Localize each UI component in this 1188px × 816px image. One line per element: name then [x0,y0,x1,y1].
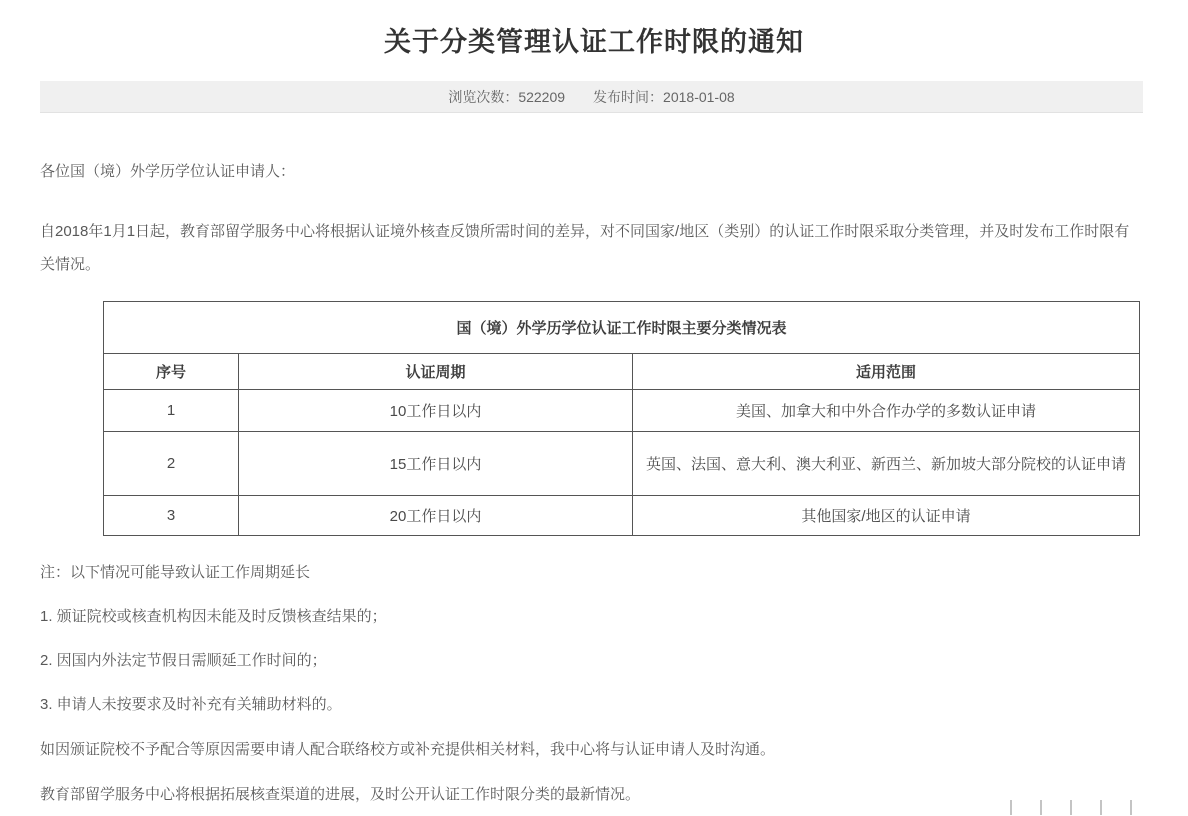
closing-paragraph-2: 教育部留学服务中心将根据拓展核查渠道的进展，及时公开认证工作时限分类的最新情况。 [40,784,1140,806]
salutation: 各位国（境）外学历学位认证申请人： [40,161,1140,183]
table-row: 1 10工作日以内 美国、加拿大和中外合作办学的多数认证申请 [104,390,1140,432]
cell-cycle: 20工作日以内 [239,496,633,536]
closing-paragraph-1: 如因颁证院校不予配合等原因需要申请人配合联络校方或补充提供相关材料，我中心将与认… [40,739,1140,761]
table-row: 2 15工作日以内 英国、法国、意大利、澳大利亚、新西兰、新加坡大部分院校的认证… [104,432,1140,496]
cutoff-tick [1040,800,1042,815]
cell-scope: 美国、加拿大和中外合作办学的多数认证申请 [633,390,1140,432]
meta-bar: 浏览次数：522209 发布时间：2018-01-08 [40,81,1143,113]
note-heading: 注：以下情况可能导致认证工作周期延长 [40,562,1140,584]
publish-date: 发布时间：2018-01-08 [593,87,735,107]
table-row: 3 20工作日以内 其他国家/地区的认证申请 [104,496,1140,536]
header-scope: 适用范围 [633,354,1140,390]
cell-cycle: 15工作日以内 [239,432,633,496]
cell-index: 2 [104,432,239,496]
note-item-3: 3. 申请人未按要求及时补充有关辅助材料的。 [40,694,1140,716]
cutoff-tick [1070,800,1072,815]
header-cycle: 认证周期 [239,354,633,390]
cutoff-tick [1010,800,1012,815]
cell-cycle: 10工作日以内 [239,390,633,432]
cutoff-tick [1100,800,1102,815]
note-item-1: 1. 颁证院校或核查机构因未能及时反馈核查结果的； [40,606,1140,628]
cell-scope: 英国、法国、意大利、澳大利亚、新西兰、新加坡大部分院校的认证申请 [633,432,1140,496]
cell-index: 1 [104,390,239,432]
table-caption-row: 国（境）外学历学位认证工作时限主要分类情况表 [104,302,1140,354]
header-index: 序号 [104,354,239,390]
note-item-2: 2. 因国内外法定节假日需顺延工作时间的； [40,650,1140,672]
cutoff-element-marks [1010,800,1132,816]
cutoff-tick [1130,800,1132,815]
intro-paragraph: 自2018年1月1日起，教育部留学服务中心将根据认证境外核查反馈所需时间的差异，… [40,215,1140,281]
classification-table: 国（境）外学历学位认证工作时限主要分类情况表 序号 认证周期 适用范围 1 10… [103,301,1140,536]
notice-body: 各位国（境）外学历学位认证申请人： 自2018年1月1日起，教育部留学服务中心将… [40,161,1140,806]
view-count: 浏览次数：522209 [448,87,565,107]
cell-scope: 其他国家/地区的认证申请 [633,496,1140,536]
notice-page: 关于分类管理认证工作时限的通知 浏览次数：522209 发布时间：2018-01… [0,0,1188,816]
cell-index: 3 [104,496,239,536]
table-caption: 国（境）外学历学位认证工作时限主要分类情况表 [104,302,1140,354]
table-header-row: 序号 认证周期 适用范围 [104,354,1140,390]
page-title: 关于分类管理认证工作时限的通知 [0,0,1188,59]
